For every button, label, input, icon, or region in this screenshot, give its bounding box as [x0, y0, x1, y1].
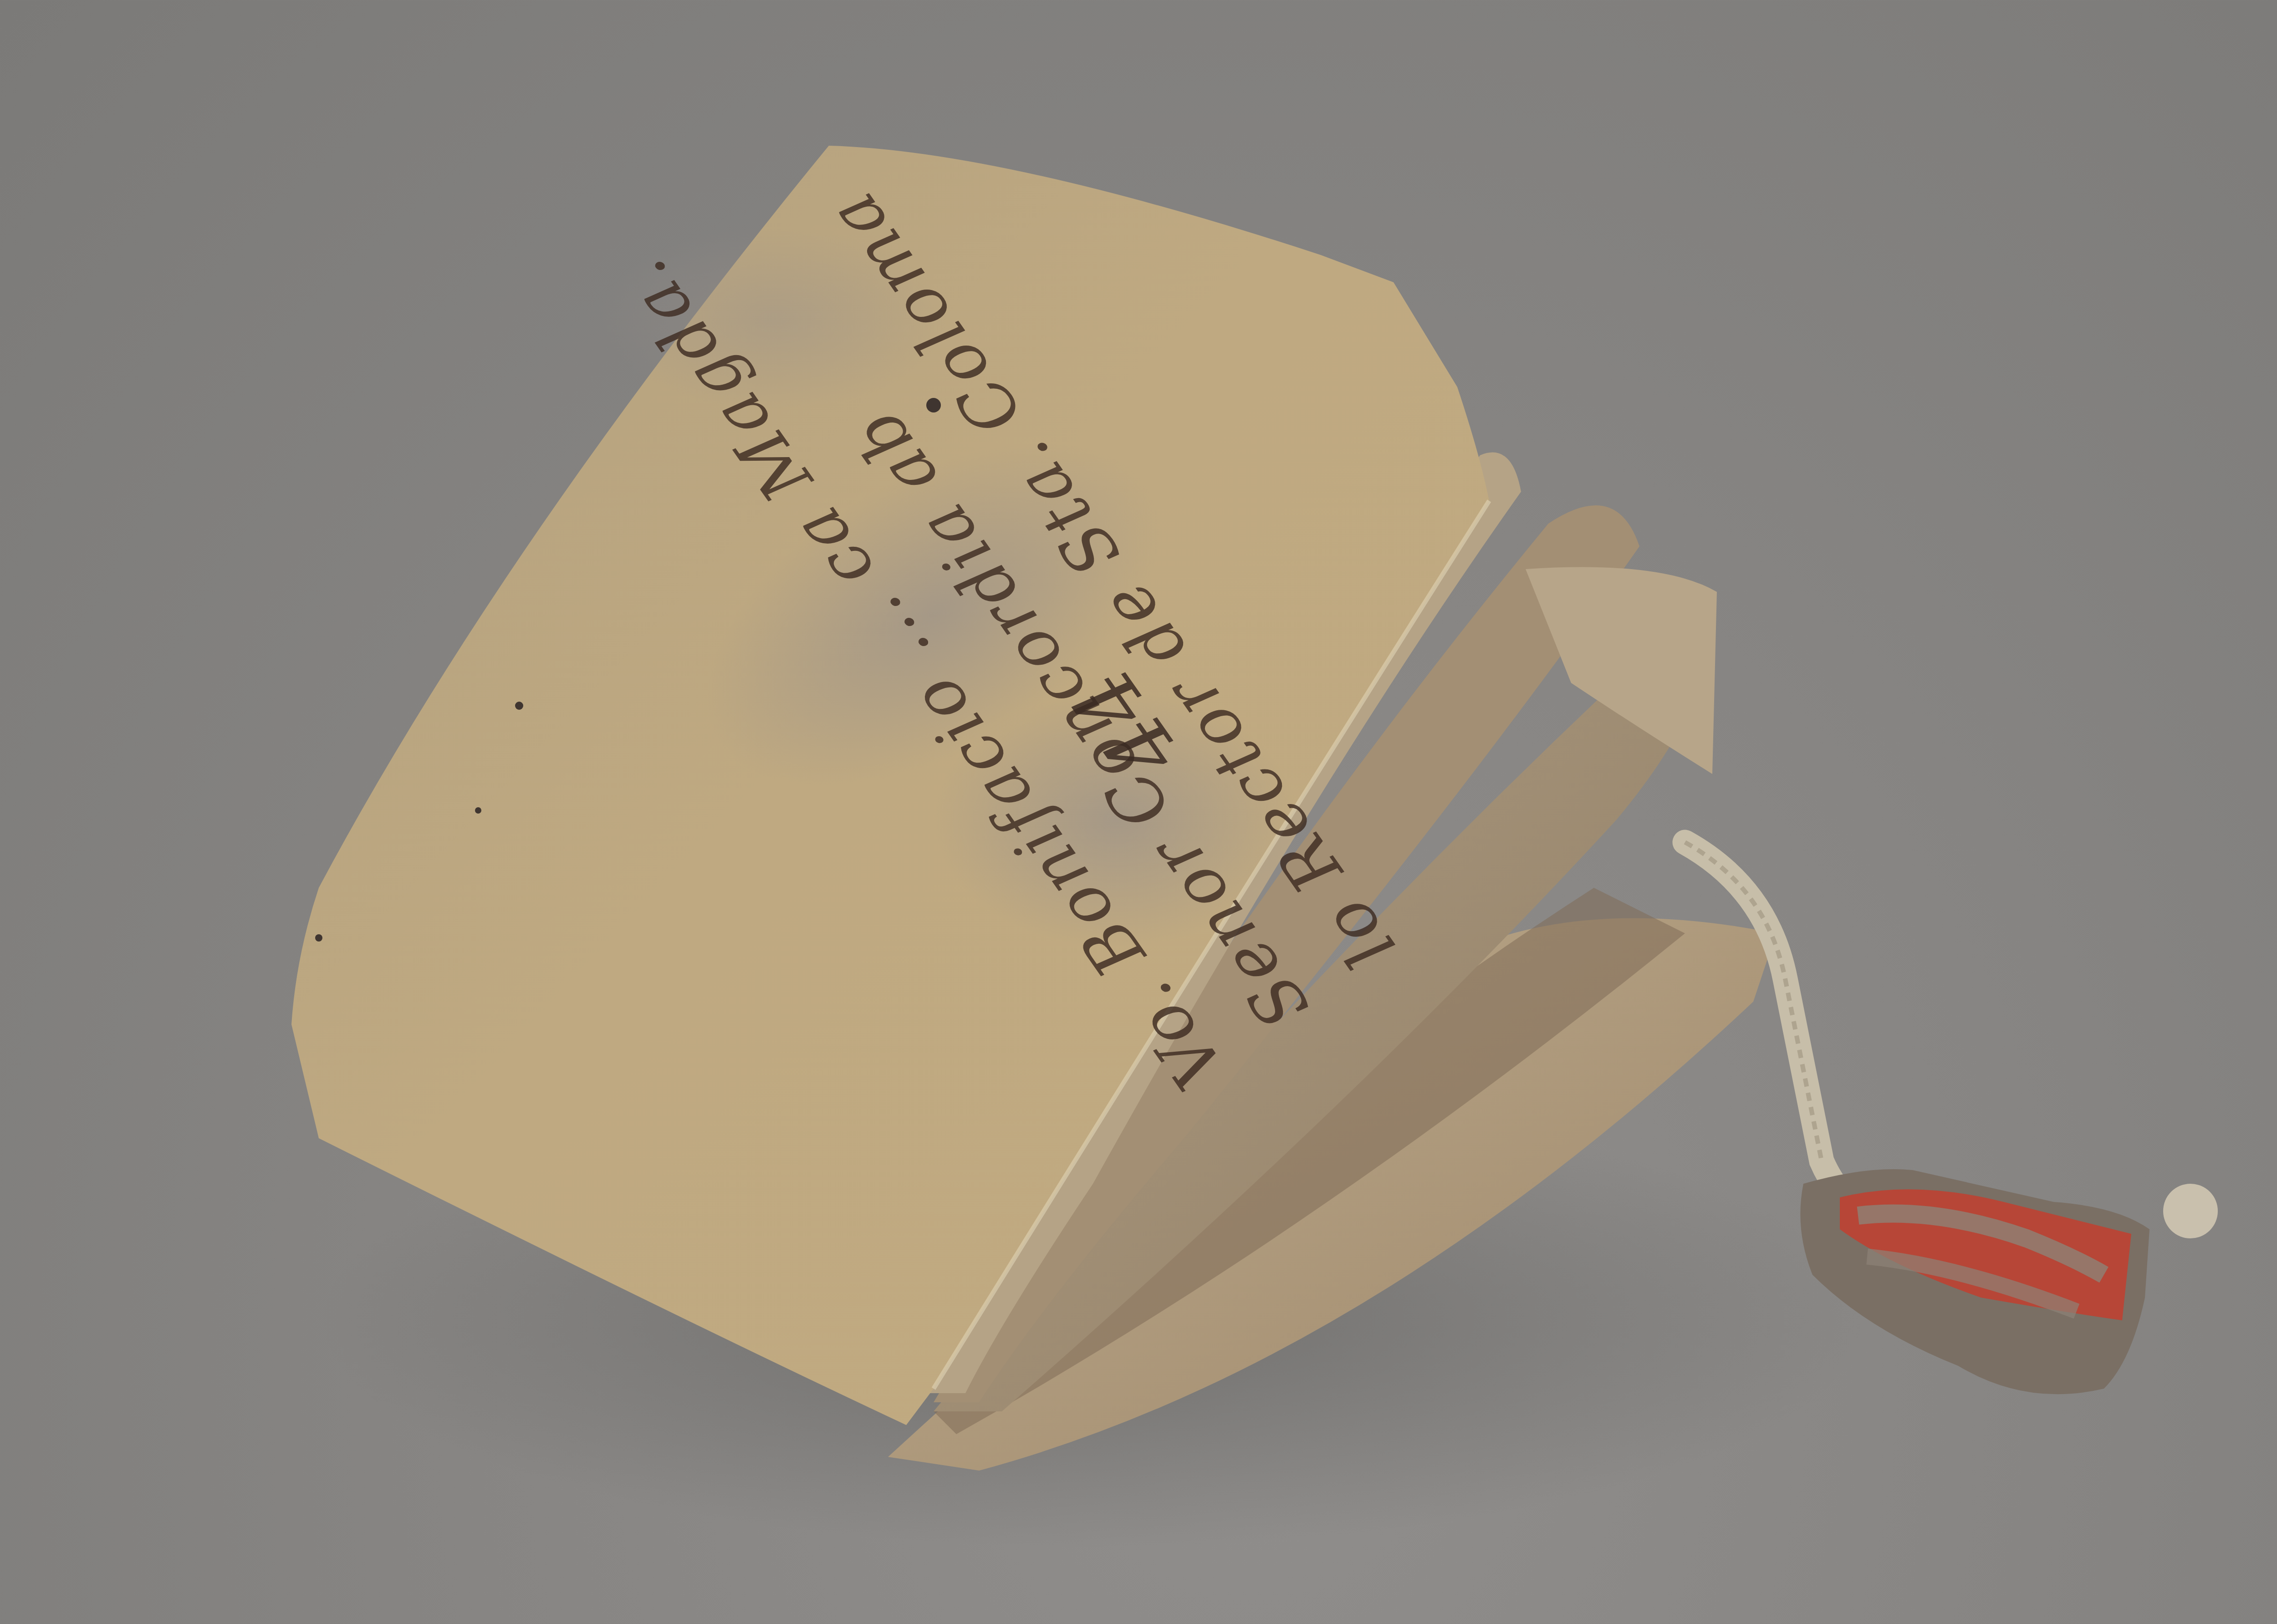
- photograph-scene: Vo. Bonifacio ... ca Magda. Senor Concor…: [0, 0, 2277, 1624]
- cord-knot-end: [2163, 1184, 2218, 1238]
- ink-spot: [315, 934, 322, 942]
- ink-spot: [475, 807, 481, 814]
- ink-spot: [515, 702, 523, 710]
